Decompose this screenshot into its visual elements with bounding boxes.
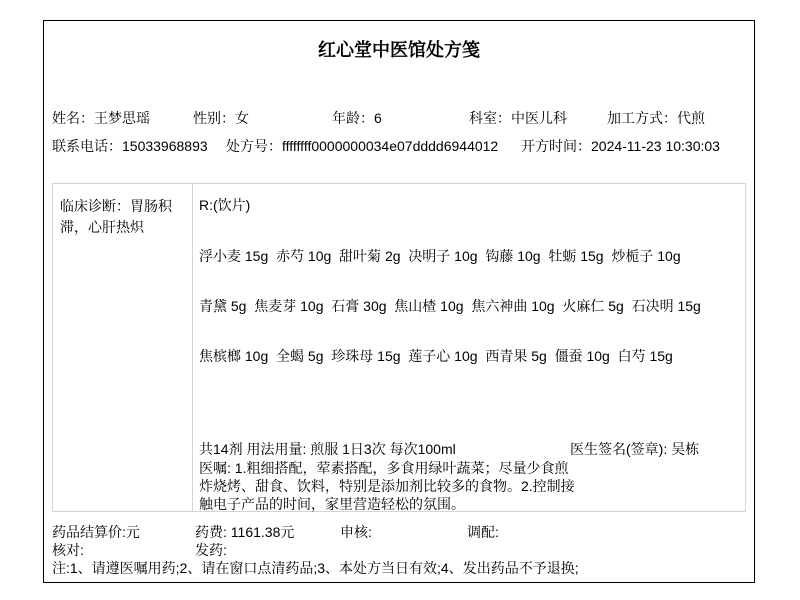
rx-number-field: 处方号：ffffffff0000000034e07dddd6944012 [226, 137, 498, 155]
processing-method-label: 加工方式： [607, 110, 677, 126]
footer-note: 注:1、请遵医嘱用药;2、请在窗口点清药品;3、本处方当日有效;4、发出药品不予… [52, 559, 579, 577]
rx-number-label: 处方号： [226, 138, 282, 154]
doctor-signature-label: 医生签名(签章): [570, 441, 671, 457]
doctor-advice: 医嘱: 1.粗细搭配，荤素搭配，多食用绿叶蔬菜；尽量少食煎炸烧烤、甜食、饮料，特… [199, 459, 579, 513]
patient-name-field: 姓名：王梦思瑶 [52, 109, 150, 127]
patient-gender-value: 女 [235, 110, 249, 126]
patient-department-field: 科室：中医儿科 [469, 109, 567, 127]
dosage-usage: 共14剂 用法用量: 煎服 1日3次 每次100ml [199, 440, 456, 458]
patient-name-label: 姓名： [52, 110, 94, 126]
patient-age-value: 6 [374, 110, 382, 126]
form-title: 红心堂中医馆处方笺 [43, 36, 755, 62]
medicine-fee-value: 1161.38元 [231, 524, 295, 540]
patient-phone-label: 联系电话： [52, 138, 122, 154]
patient-gender-field: 性别：女 [193, 109, 249, 127]
rx-number-value: ffffffff0000000034e07dddd6944012 [282, 138, 498, 154]
doctor-signature: 医生签名(签章): 吴栋 [570, 440, 699, 458]
medicine-line: 焦槟榔 10g 全蝎 5g 珍珠母 15g 莲子心 10g 西青果 5g 僵蚕 … [199, 347, 673, 365]
doctor-signature-name: 吴栋 [671, 441, 699, 457]
patient-department-label: 科室： [469, 110, 511, 126]
patient-phone-value: 15033968893 [122, 138, 208, 154]
patient-name-value: 王梦思瑶 [94, 110, 150, 126]
diagnosis-column-divider [192, 183, 193, 512]
medicine-line: 青黛 5g 焦麦芽 10g 石膏 30g 焦山楂 10g 焦六神曲 10g 火麻… [199, 297, 701, 315]
settlement-price-field: 药品结算价:元 [52, 523, 140, 541]
rx-header: R:(饮片) [199, 196, 250, 214]
dispense-field: 调配: [467, 523, 499, 541]
patient-age-label: 年龄： [332, 110, 374, 126]
patient-phone-field: 联系电话：15033968893 [52, 137, 208, 155]
settlement-price-unit: 元 [126, 524, 140, 540]
prescription-page: 红心堂中医馆处方笺 姓名：王梦思瑶 性别：女 年龄：6 科室：中医儿科 加工方式… [0, 0, 800, 600]
processing-method-value: 代煎 [677, 110, 705, 126]
review-field: 申核: [340, 523, 372, 541]
clinical-diagnosis: 临床诊断：胃肠积滞，心肝热炽 [60, 196, 185, 238]
patient-department-value: 中医儿科 [511, 110, 567, 126]
clinical-diagnosis-label: 临床诊断： [60, 198, 130, 214]
processing-method-field: 加工方式：代煎 [607, 109, 705, 127]
issue-time-label: 开方时间： [521, 138, 591, 154]
medicine-fee-label: 药费: [195, 524, 231, 540]
patient-gender-label: 性别： [193, 110, 235, 126]
issue-time-value: 2024-11-23 10:30:03 [591, 138, 720, 154]
settlement-price-label: 药品结算价: [52, 524, 126, 540]
issue-medicine-field: 发药: [195, 541, 227, 559]
medicine-line: 浮小麦 15g 赤芍 10g 甜叶菊 2g 决明子 10g 钩藤 10g 牡蛎 … [199, 247, 681, 265]
check-field: 核对: [52, 541, 84, 559]
patient-age-field: 年龄：6 [332, 109, 382, 127]
issue-time-field: 开方时间：2024-11-23 10:30:03 [521, 137, 720, 155]
medicine-fee-field: 药费: 1161.38元 [195, 523, 294, 541]
